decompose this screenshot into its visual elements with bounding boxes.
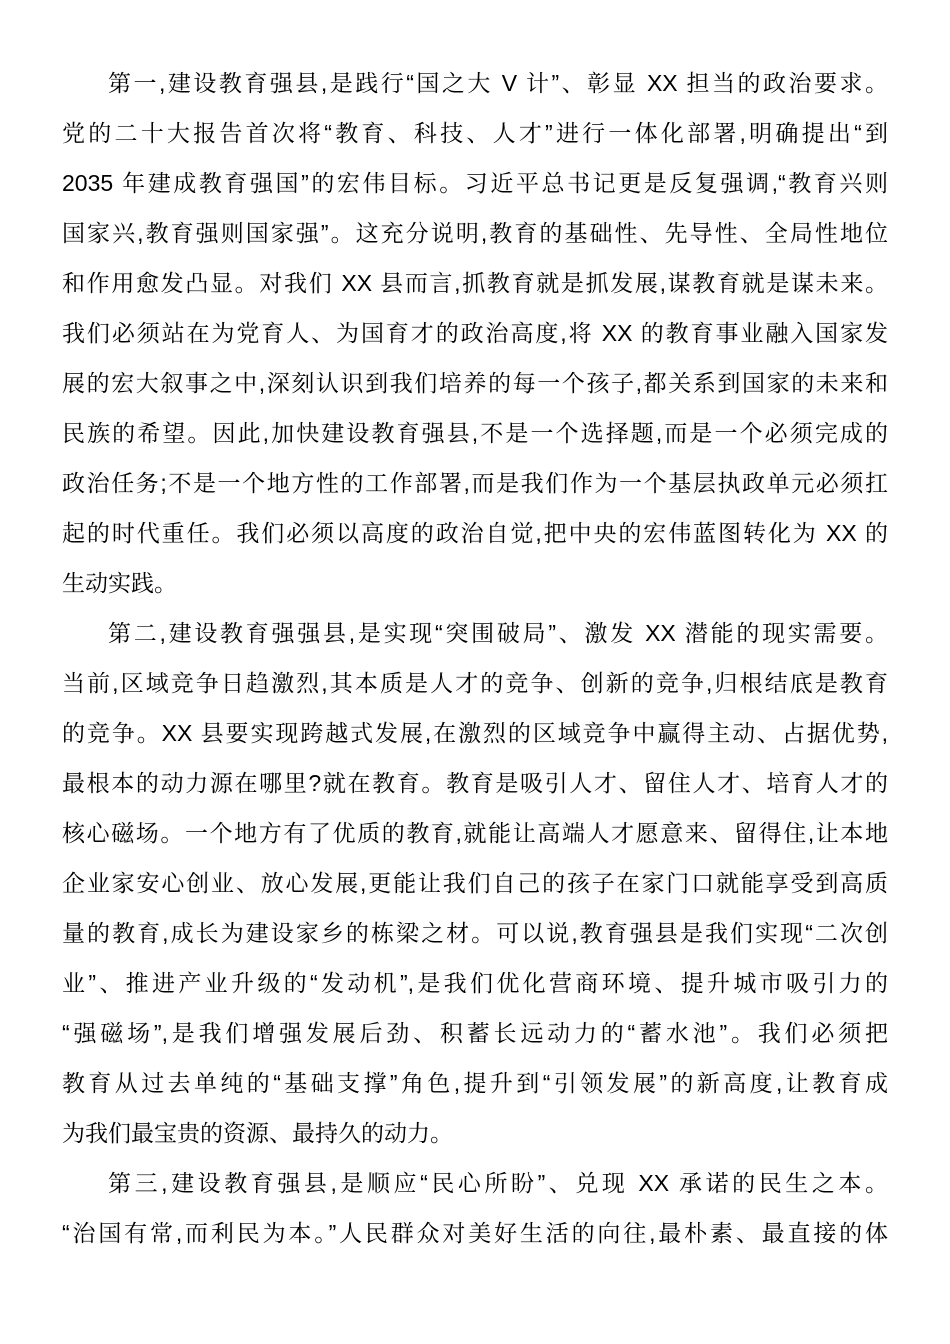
text-line: 展的宏大叙事之中,深刻认识到我们培养的每一个孩子,都关系到国家的未来和 [62, 358, 888, 408]
text-line: 的竞争。XX 县要实现跨越式发展,在激烈的区域竞争中赢得主动、占据优势, [62, 708, 888, 758]
text-line: 核心磁场。一个地方有了优质的教育,就能让高端人才愿意来、留得住,让本地 [62, 808, 888, 858]
document-page: 第一,建设教育强县,是践行“国之大 V 计”、彰显 XX 担当的政治要求。党的二… [0, 0, 950, 1344]
text-line: 第一,建设教育强县,是践行“国之大 V 计”、彰显 XX 担当的政治要求。 [62, 58, 888, 108]
text-line: 最根本的动力源在哪里?就在教育。教育是吸引人才、留住人才、培育人才的 [62, 758, 888, 808]
text-line: 民族的希望。因此,加快建设教育强县,不是一个选择题,而是一个必须完成的 [62, 408, 888, 458]
text-line: “强磁场”,是我们增强发展后劲、积蓄长远动力的“蓄水池”。我们必须把 [62, 1008, 888, 1058]
text-line: 企业家安心创业、放心发展,更能让我们自己的孩子在家门口就能享受到高质 [62, 858, 888, 908]
text-line: 2035 年建成教育强国”的宏伟目标。习近平总书记更是反复强调,“教育兴则 [62, 158, 888, 208]
text-line: 量的教育,成长为建设家乡的栋梁之材。可以说,教育强县是我们实现“二次创 [62, 908, 888, 958]
text-line: “治国有常,而利民为本。”人民群众对美好生活的向往,最朴素、最直接的体 [62, 1208, 888, 1258]
text-line: 业”、推进产业升级的“发动机”,是我们优化营商环境、提升城市吸引力的 [62, 958, 888, 1008]
text-line: 为我们最宝贵的资源、最持久的动力。 [62, 1108, 888, 1158]
text-line: 生动实践。 [62, 558, 888, 608]
text-line: 和作用愈发凸显。对我们 XX 县而言,抓教育就是抓发展,谋教育就是谋未来。 [62, 258, 888, 308]
text-line: 当前,区域竞争日趋激烈,其本质是人才的竞争、创新的竞争,归根结底是教育 [62, 658, 888, 708]
text-line: 党的二十大报告首次将“教育、科技、人才”进行一体化部署,明确提出“到 [62, 108, 888, 158]
document-body: 第一,建设教育强县,是践行“国之大 V 计”、彰显 XX 担当的政治要求。党的二… [62, 58, 888, 1258]
text-line: 国家兴,教育强则国家强”。这充分说明,教育的基础性、先导性、全局性地位 [62, 208, 888, 258]
text-line: 我们必须站在为党育人、为国育才的政治高度,将 XX 的教育事业融入国家发 [62, 308, 888, 358]
text-line: 教育从过去单纯的“基础支撑”角色,提升到“引领发展”的新高度,让教育成 [62, 1058, 888, 1108]
text-line: 起的时代重任。我们必须以高度的政治自觉,把中央的宏伟蓝图转化为 XX 的 [62, 508, 888, 558]
text-line: 政治任务;不是一个地方性的工作部署,而是我们作为一个基层执政单元必须扛 [62, 458, 888, 508]
text-line: 第二,建设教育强强县,是实现“突围破局”、激发 XX 潜能的现实需要。 [62, 608, 888, 658]
text-line: 第三,建设教育强县,是顺应“民心所盼”、兑现 XX 承诺的民生之本。 [62, 1158, 888, 1208]
